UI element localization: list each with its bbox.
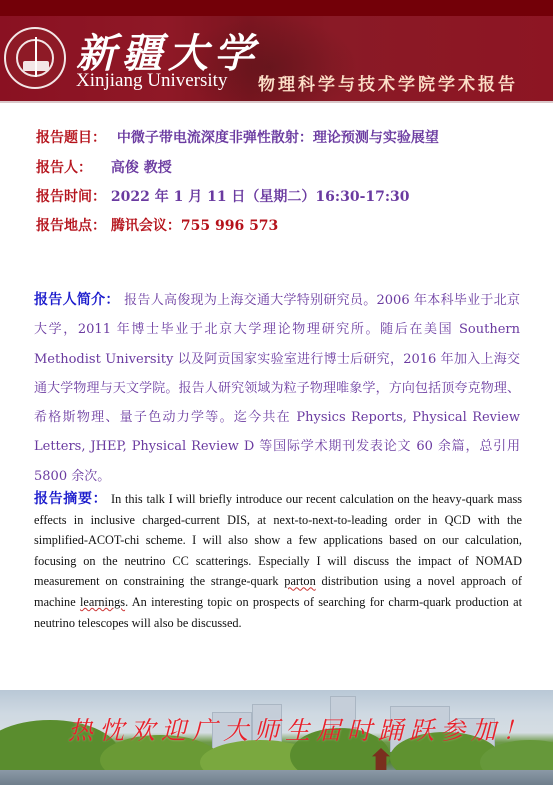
header-banner: 新疆大学 Xinjiang University 物理科学与技术学院学术报告	[0, 0, 553, 102]
logo-tower	[35, 37, 37, 77]
speaker-row: 报告人： 高俊 教授	[36, 157, 172, 177]
time-value: 2022 年 1 月 11 日（星期二）16:30-17:30	[111, 189, 410, 205]
campus-banner-image: 热忱欢迎广大师生届时踊跃参加！	[0, 690, 553, 785]
welcome-slogan: 热忱欢迎广大师生届时踊跃参加！	[68, 711, 533, 747]
university-name-en: Xinjiang University	[76, 70, 227, 92]
lake	[0, 770, 553, 785]
talk-abstract: 报告摘要： In this talk I will briefly introd…	[34, 489, 522, 633]
speaker-bio: 报告人简介： 报告人高俊现为上海交通大学特别研究员。2006 年本科毕业于北京大…	[34, 286, 520, 491]
department-title: 物理科学与技术学院学术报告	[258, 70, 518, 95]
bio-text: 报告人高俊现为上海交通大学特别研究员。2006 年本科毕业于北京大学，2011 …	[34, 293, 520, 484]
venue-row: 报告地点： 腾讯会议：755 996 573	[36, 215, 278, 235]
venue-value: 腾讯会议：755 996 573	[111, 218, 278, 234]
abstract-word-parton: parton	[284, 574, 315, 588]
abstract-label: 报告摘要：	[34, 491, 107, 507]
talk-title-label: 报告题目：	[36, 130, 106, 146]
talk-title-row: 报告题目： 中微子带电流深度非弹性散射：理论预测与实验展望	[36, 127, 439, 147]
talk-title-value: 中微子带电流深度非弹性散射：理论预测与实验展望	[117, 130, 439, 146]
bio-label: 报告人简介：	[34, 292, 120, 308]
venue-label: 报告地点：	[36, 218, 106, 234]
speaker-label: 报告人：	[36, 160, 92, 176]
time-row: 报告时间： 2022 年 1 月 11 日（星期二）16:30-17:30	[36, 186, 410, 206]
header-divider	[0, 101, 553, 103]
header-top-band	[0, 0, 553, 16]
speaker-value: 高俊 教授	[111, 160, 172, 176]
time-label: 报告时间：	[36, 189, 106, 205]
university-logo-icon	[4, 27, 66, 89]
abstract-word-learnings: learnings	[80, 595, 125, 609]
